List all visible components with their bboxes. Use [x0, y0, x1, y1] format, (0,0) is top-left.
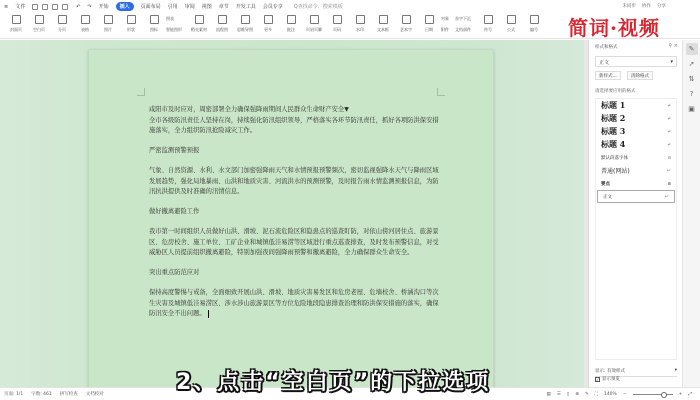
backup-icon[interactable]: ▣: [686, 103, 698, 115]
blank-page-icon: [35, 15, 44, 24]
header-footer-icon: [310, 15, 319, 24]
style-heading-1[interactable]: 标题 1↵: [596, 99, 676, 112]
chart-group: 图表 智能图形: [166, 16, 182, 33]
formula-button[interactable]: 公式: [500, 13, 522, 33]
mindmap-button[interactable]: 思维导图: [234, 13, 256, 33]
tab-page-layout[interactable]: 页面布局: [141, 3, 161, 10]
collaborate-button[interactable]: 协作: [642, 3, 651, 9]
pin-icon[interactable]: ⚲: [669, 43, 673, 49]
attachment-button[interactable]: 附件: [441, 27, 449, 33]
outline-view-icon[interactable]: ☰: [557, 392, 561, 397]
pane-title: 样式和格式: [595, 44, 618, 50]
select-cursor-icon[interactable]: ➚: [686, 58, 698, 70]
tab-view[interactable]: 视图: [202, 3, 212, 10]
adjust-icon[interactable]: ⇅: [686, 73, 698, 85]
tab-insert[interactable]: 插入: [116, 2, 134, 11]
icon-button[interactable]: 图标: [143, 13, 165, 33]
new-style-button[interactable]: 新样式...: [595, 71, 621, 80]
styles-pen-icon[interactable]: ✎: [686, 43, 698, 55]
preview-icon[interactable]: [62, 4, 68, 10]
blank-page-button[interactable]: 空白页: [28, 13, 50, 33]
drop-cap-button[interactable]: 首字下沉: [455, 16, 471, 22]
zoom-level[interactable]: 140%: [604, 392, 617, 397]
page-break-icon: [58, 15, 67, 24]
textbox-button[interactable]: 文本框: [372, 13, 394, 33]
show-preview-toggle[interactable]: ✓显示预览: [595, 376, 620, 382]
margin-mark-top-left: [137, 88, 145, 96]
style-heading-3[interactable]: 标题 3↵: [596, 125, 676, 138]
read-view-icon[interactable]: ▯: [567, 392, 569, 397]
formula-icon: [507, 15, 516, 24]
share-button[interactable]: 分享: [657, 3, 666, 9]
section-heading: 突出重点防范应对: [149, 268, 439, 279]
clear-format-button[interactable]: 清除格式: [627, 71, 653, 80]
tutorial-caption: 2、点击“空白页”的下拉选项: [176, 365, 490, 396]
view-controls: ▤ ☰ ▯ ⊕ ✎ ⛶ 140% − + ⤢: [546, 391, 692, 397]
paragraph-style-icon: ↵: [667, 168, 671, 174]
chart-button[interactable]: 图表: [166, 16, 182, 22]
object-button[interactable]: 对象: [441, 16, 449, 22]
style-normal-web[interactable]: 普通(网站)↵: [596, 164, 676, 177]
document-body[interactable]: 咸阳市及时应对，周密部署全力确保强降雨期间人民群众生命财产安全▼全市各级防汛责任…: [149, 105, 439, 329]
close-icon[interactable]: ×: [674, 43, 678, 49]
wordart-button[interactable]: 艺术字: [395, 13, 417, 33]
command-search[interactable]: Q查找命令、搜索模板: [294, 3, 343, 10]
paragraph: 我市第一时间组织人员做好山洪、滑坡、泥石流危险区和隐患点的巡查盯防，对依山傍河居…: [149, 227, 439, 259]
icons-icon: [150, 15, 159, 24]
page-number-icon: [333, 15, 342, 24]
tab-developer[interactable]: 开发工具: [236, 3, 256, 10]
style-list: 标题 1↵ 标题 2↵ 标题 3↵ 标题 4↵ 默认段落字体a 普通(网站)↵ …: [595, 98, 677, 360]
paragraph: 气象、自然资源、水利、水文部门加密强降雨天气和水情预报预警频次，密切监视强降水天…: [149, 166, 439, 198]
doc-proofread-button[interactable]: 文档校对: [86, 391, 104, 397]
help-icon[interactable]: ?: [686, 88, 698, 100]
shape-button[interactable]: 形状: [120, 13, 142, 33]
margin-mark-top-right: [437, 88, 445, 96]
styles-pane: 样式和格式 ⚲ × 正文▾ 新样式... 清除格式 请选择要应用的格式 标题 1…: [588, 40, 682, 387]
quick-access-toolbar: [32, 4, 68, 10]
more-button[interactable]: 更多: [257, 13, 279, 33]
style-strong[interactable]: 要点a: [596, 177, 676, 190]
paragraph: 保持高度警惕与戒备，全面细致开展山洪、滑坡、地质灾害易发区和危房老屋、危墙校舍、…: [149, 288, 439, 320]
paragraph-mark-icon: ▼: [344, 106, 349, 113]
style-heading-4[interactable]: 标题 4↵: [596, 138, 676, 151]
tab-section[interactable]: 章节: [219, 3, 229, 10]
picture-button[interactable]: 图片: [97, 13, 119, 33]
spell-check-toggle[interactable]: 拼写检查: [60, 391, 78, 397]
print-icon[interactable]: [52, 4, 58, 10]
redo-icon[interactable]: ↷: [87, 4, 91, 10]
web-view-icon[interactable]: ⊕: [575, 392, 579, 397]
date-button[interactable]: 日期: [418, 13, 440, 33]
dropcap-group: 首字下沉 文档部件: [455, 16, 471, 33]
zoom-slider[interactable]: [633, 394, 673, 395]
page-count: 页面: 1/1: [4, 391, 23, 397]
doc-parts-button[interactable]: 文档部件: [455, 27, 471, 33]
mindmap-icon: [241, 15, 250, 24]
table-button[interactable]: 表格: [74, 13, 96, 33]
paragraph-style-icon: ↵: [665, 194, 669, 200]
word-count[interactable]: 字数: 461: [31, 391, 52, 397]
tab-review[interactable]: 审阅: [185, 3, 195, 10]
object-group: 对象 附件: [441, 16, 449, 33]
brand-logo: 简词·视频: [568, 12, 660, 41]
comment-button[interactable]: 批注: [280, 13, 302, 33]
tab-member[interactable]: 会员专享: [263, 3, 283, 10]
zoom-in-icon[interactable]: +: [679, 392, 683, 397]
page-number-button[interactable]: 页码: [326, 13, 348, 33]
more-icon: [264, 15, 273, 24]
wps-writer-window: ≡ 文件 ↶ ↷ 开始 插入 页面布局 引用 审阅 视图 章节 开发工具 会员专…: [0, 0, 700, 400]
comment-icon: [287, 15, 296, 24]
smart-graphic-button[interactable]: 智能图形: [166, 27, 182, 33]
menu-file[interactable]: 文件: [15, 3, 25, 10]
paragraph-style-icon: ↵: [667, 116, 671, 122]
chevron-down-icon: ▾: [670, 59, 673, 64]
picture-icon: [104, 15, 113, 24]
paragraph-style-icon: ↵: [667, 142, 671, 148]
tab-references[interactable]: 引用: [168, 3, 178, 10]
chevron-down-icon: ▾: [675, 368, 677, 376]
side-tool-strip: ✎ ➚ ⇅ ? ▣: [682, 40, 700, 387]
zoom-out-icon[interactable]: −: [623, 392, 627, 397]
pane-controls: ⚲ ×: [669, 43, 678, 49]
date-icon: [425, 15, 434, 24]
style-default-font[interactable]: 默认段落字体a: [596, 151, 676, 164]
save-icon[interactable]: [32, 4, 38, 10]
section-heading: 严密监测预警预报: [149, 146, 439, 157]
style-body[interactable]: 正文↵: [597, 190, 675, 203]
top-right-actions: 未同步 协作 分享: [623, 3, 667, 9]
char-style-icon: a: [668, 181, 671, 187]
cover-page-button[interactable]: 封面页: [5, 13, 27, 33]
page-break-button[interactable]: 分页: [51, 13, 73, 33]
undo-icon[interactable]: ↶: [76, 4, 80, 10]
symbol-icon: [484, 15, 493, 24]
document-workspace: 咸阳市及时应对，周密部署全力确保强降雨期间人民群众生命财产安全▼全市各级防汛责任…: [0, 40, 588, 387]
text-cursor: [208, 310, 209, 318]
paragraph: 咸阳市及时应对，周密部署全力确保强降雨期间人民群众生命财产安全▼全市各级防汛责任…: [149, 105, 439, 137]
wordart-icon: [402, 15, 411, 24]
page-view-icon[interactable]: ▤: [546, 392, 550, 397]
apply-style-label: 请选择要应用的格式: [595, 88, 636, 94]
fullscreen-icon[interactable]: ⤢: [688, 391, 692, 397]
shape-icon: [127, 15, 136, 24]
header-footer-button[interactable]: 页眉页脚: [303, 13, 325, 33]
docer-material-button[interactable]: 稻壳素材: [188, 13, 210, 33]
watermark-icon: [356, 15, 365, 24]
paragraph-style-icon: ↵: [667, 129, 671, 135]
char-style-icon: a: [668, 155, 671, 161]
tab-home[interactable]: 开始: [99, 3, 109, 10]
checkbox-checked-icon[interactable]: ✓: [595, 377, 600, 382]
flowchart-button[interactable]: 流程图: [211, 13, 233, 33]
numbering-button[interactable]: 编号: [523, 13, 545, 33]
sync-status[interactable]: 未同步: [623, 3, 637, 9]
paragraph-style-icon: ↵: [667, 103, 671, 109]
current-style-select[interactable]: 正文▾: [595, 56, 677, 67]
style-heading-2[interactable]: 标题 2↵: [596, 112, 676, 125]
cover-page-icon: [12, 15, 21, 24]
menu-icon[interactable]: ≡: [4, 4, 8, 10]
material-icon: [195, 15, 204, 24]
textbox-icon: [379, 15, 388, 24]
watermark-button[interactable]: 水印: [349, 13, 371, 33]
table-icon: [81, 15, 90, 24]
fit-icon[interactable]: ⛶: [595, 391, 598, 397]
section-heading: 做好撤离避险工作: [149, 207, 439, 218]
numbering-icon: [530, 15, 539, 24]
flowchart-icon: [218, 15, 227, 24]
edit-icon[interactable]: ✎: [585, 392, 589, 397]
export-pdf-icon[interactable]: [42, 4, 48, 10]
symbol-button[interactable]: 符号: [477, 13, 499, 33]
document-page[interactable]: 咸阳市及时应对，周密部署全力确保强降雨期间人民群众生命财产安全▼全市各级防汛责任…: [88, 50, 494, 390]
